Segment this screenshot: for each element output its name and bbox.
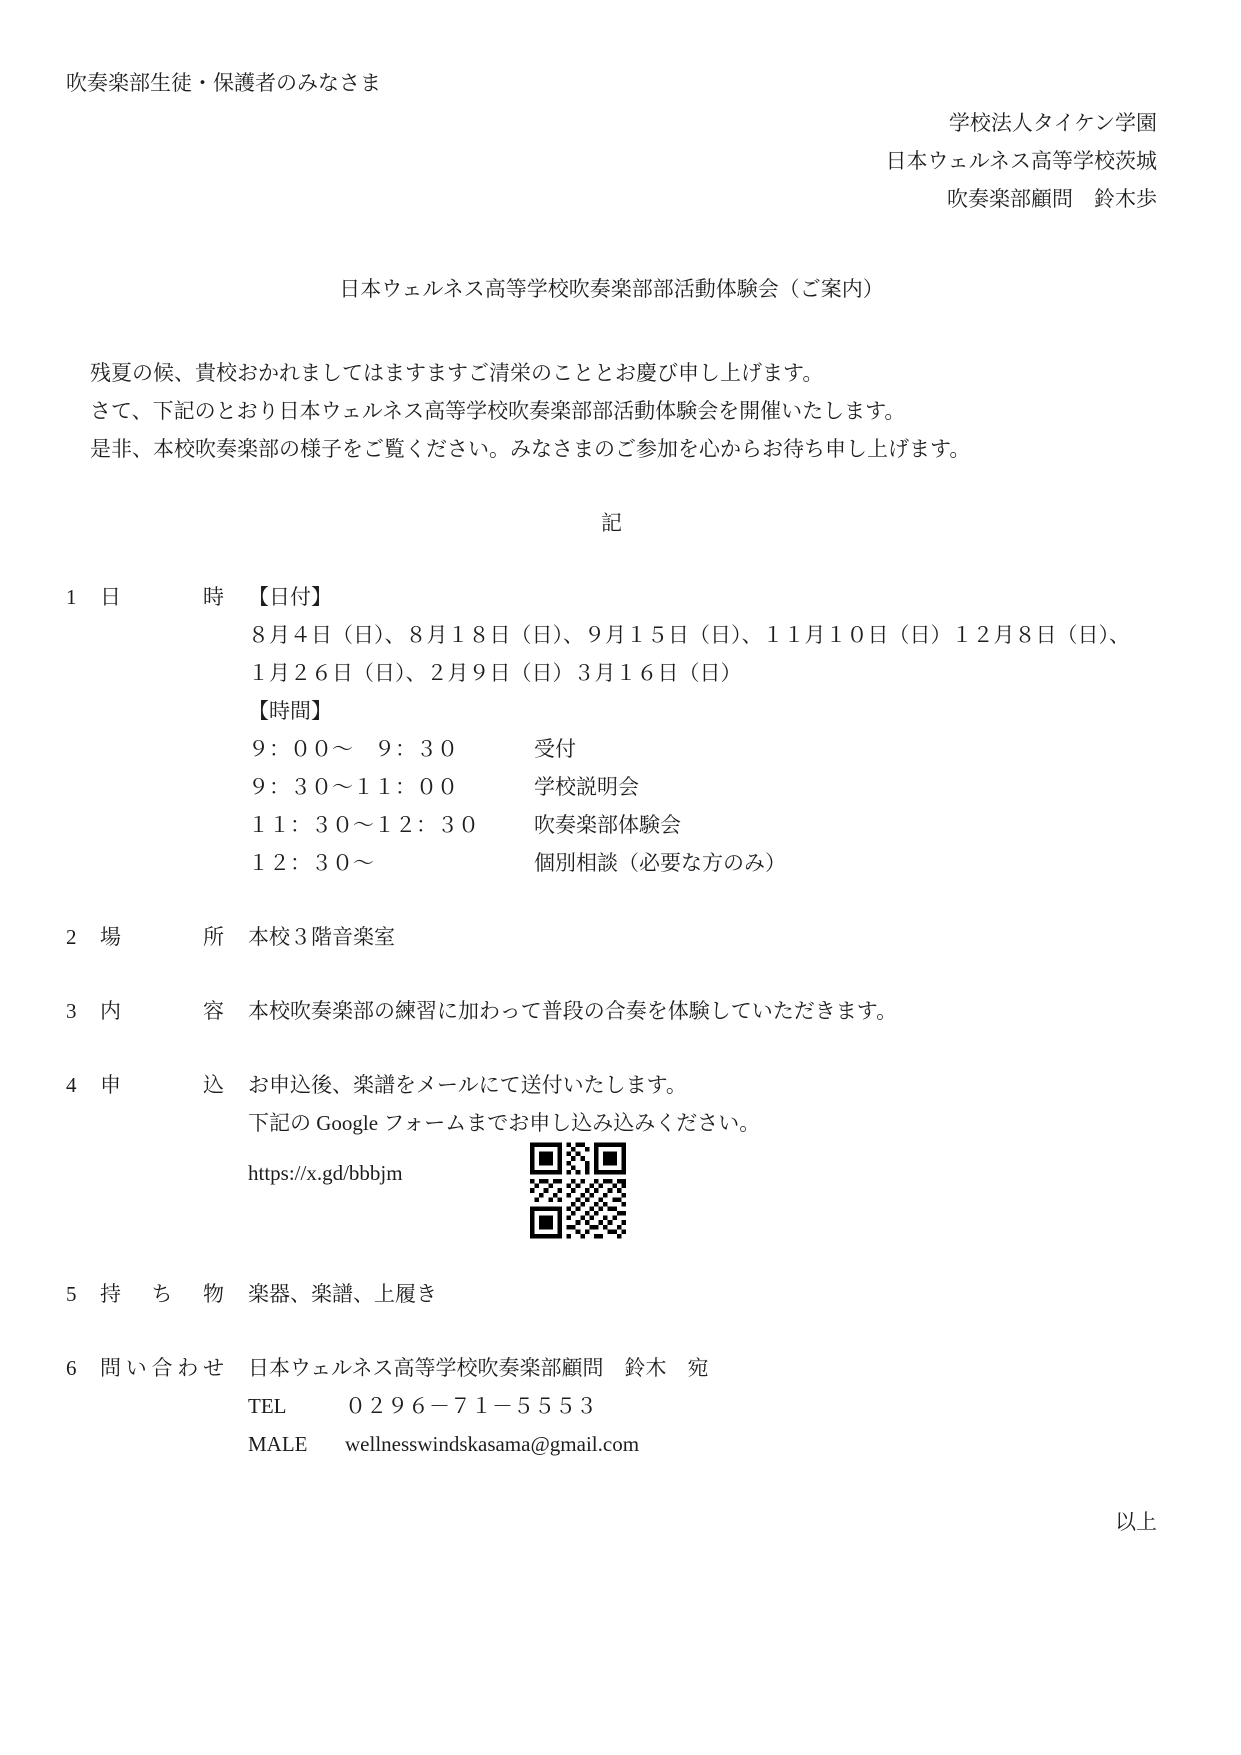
date-line: ８月４日（日）、８月１８日（日）、９月１５日（日）、１１月１０日（日）１２月８日… [248, 616, 1157, 654]
date-header: 【日付】 [248, 578, 1157, 616]
sender-block: 学校法人タイケン学園 日本ウェルネス高等学校茨城 吹奏楽部顧問 鈴木歩 [66, 104, 1157, 218]
application-line: お申込後、楽譜をメールにて送付いたします。 [248, 1066, 1157, 1104]
item-number: 2 [66, 918, 100, 956]
sender-advisor: 吹奏楽部顧問 鈴木歩 [66, 180, 1157, 218]
contact-tel-row: TEL ０２９６－７１－５５５３ [248, 1387, 1157, 1425]
schedule-activity: 受付 [534, 730, 576, 768]
schedule-row: ９：３０～１１：００ 学校説明会 [248, 768, 1157, 806]
item-label-place: 場所 [100, 918, 224, 956]
item-place-content: 本校３階音楽室 [224, 918, 1157, 956]
item-number: 5 [66, 1275, 100, 1313]
qr-code [530, 1142, 626, 1239]
mail-address: wellnesswindskasama@gmail.com [345, 1425, 639, 1463]
item-place: 2 場所 本校３階音楽室 [66, 918, 1157, 956]
sender-school: 日本ウェルネス高等学校茨城 [66, 142, 1157, 180]
document-title: 日本ウェルネス高等学校吹奏楽部部活動体験会（ご案内） [66, 270, 1157, 308]
sender-organization: 学校法人タイケン学園 [66, 104, 1157, 142]
schedule-activity: 吹奏楽部体験会 [534, 806, 681, 844]
mail-label: MALE [248, 1425, 345, 1463]
schedule-time: ９：３０～１１：００ [248, 768, 534, 806]
paragraph-greeting-season: 残夏の候、貴校おかれましてはますますご清栄のこととお慶び申し上げます。 [90, 354, 1157, 392]
item-number: 6 [66, 1349, 100, 1387]
schedule-time: １１：３０～１２：３０ [248, 806, 534, 844]
item-contact-content: 日本ウェルネス高等学校吹奏楽部顧問 鈴木 宛 TEL ０２９６－７１－５５５３ … [224, 1349, 1157, 1463]
time-header: 【時間】 [248, 692, 1157, 730]
item-label-description: 内容 [100, 992, 224, 1030]
item-datetime: 1 日時 【日付】 ８月４日（日）、８月１８日（日）、９月１５日（日）、１１月１… [66, 578, 1157, 882]
item-label-belongings: 持ち物 [100, 1275, 224, 1313]
date-line: １月２６日（日）、２月９日（日）３月１６日（日） [248, 654, 1157, 692]
application-line: 下記の Google フォームまでお申し込み込みください。 [248, 1104, 1157, 1142]
record-marker: 記 [66, 504, 1157, 542]
schedule-row: １１：３０～１２：３０ 吹奏楽部体験会 [248, 806, 1157, 844]
contact-addressee: 日本ウェルネス高等学校吹奏楽部顧問 鈴木 宛 [248, 1349, 1157, 1387]
item-number: 3 [66, 992, 100, 1030]
closing-marker: 以上 [66, 1503, 1157, 1541]
application-url-row: https://x.gd/bbbjm [248, 1142, 1157, 1239]
tel-number: ０２９６－７１－５５５３ [345, 1387, 597, 1425]
item-application: 4 申込 お申込後、楽譜をメールにて送付いたします。 下記の Google フォ… [66, 1066, 1157, 1239]
body-paragraphs: 残夏の候、貴校おかれましてはますますご清栄のこととお慶び申し上げます。 さて、下… [66, 354, 1157, 468]
schedule-activity: 学校説明会 [534, 768, 639, 806]
contact-mail-row: MALE wellnesswindskasama@gmail.com [248, 1425, 1157, 1463]
application-url: https://x.gd/bbbjm [248, 1154, 530, 1192]
item-datetime-content: 【日付】 ８月４日（日）、８月１８日（日）、９月１５日（日）、１１月１０日（日）… [224, 578, 1157, 882]
item-belongings: 5 持ち物 楽器、楽譜、上履き [66, 1275, 1157, 1313]
tel-label: TEL [248, 1387, 345, 1425]
schedule-activity: 個別相談（必要な方のみ） [534, 844, 786, 882]
item-label-contact: 問い合わせ [100, 1349, 224, 1387]
item-number: 4 [66, 1066, 100, 1104]
item-label-application: 申込 [100, 1066, 224, 1104]
item-description-content: 本校吹奏楽部の練習に加わって普段の合奏を体験していただきます。 [224, 992, 1157, 1030]
document-page: 吹奏楽部生徒・保護者のみなさま 学校法人タイケン学園 日本ウェルネス高等学校茨城… [0, 0, 1241, 1755]
item-belongings-content: 楽器、楽譜、上履き [224, 1275, 1157, 1313]
item-label-datetime: 日時 [100, 578, 224, 616]
paragraph-invitation: 是非、本校吹奏楽部の様子をご覧ください。みなさまのご参加を心からお待ち申し上げま… [90, 430, 1157, 468]
item-description: 3 内容 本校吹奏楽部の練習に加わって普段の合奏を体験していただきます。 [66, 992, 1157, 1030]
schedule-time: １２：３０～ [248, 844, 534, 882]
item-number: 1 [66, 578, 100, 616]
schedule-time: ９：００～ ９：３０ [248, 730, 534, 768]
item-application-content: お申込後、楽譜をメールにて送付いたします。 下記の Google フォームまでお… [224, 1066, 1157, 1239]
recipient-line: 吹奏楽部生徒・保護者のみなさま [66, 64, 1157, 102]
paragraph-announcement: さて、下記のとおり日本ウェルネス高等学校吹奏楽部部活動体験会を開催いたします。 [90, 392, 1157, 430]
schedule-row: ９：００～ ９：３０ 受付 [248, 730, 1157, 768]
schedule-row: １２：３０～ 個別相談（必要な方のみ） [248, 844, 1157, 882]
item-contact: 6 問い合わせ 日本ウェルネス高等学校吹奏楽部顧問 鈴木 宛 TEL ０２９６－… [66, 1349, 1157, 1463]
